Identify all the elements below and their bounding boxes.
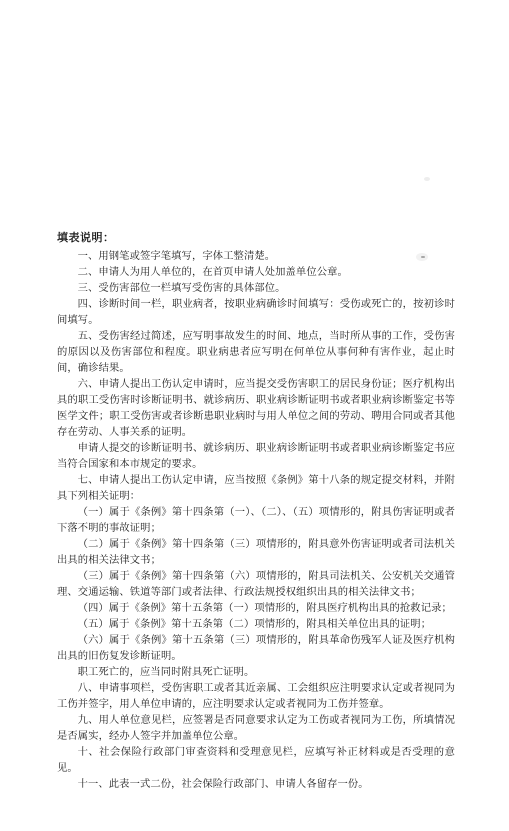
scanned-document-page: 填表说明： 一、用钢笔或签字笔填写，字体工整清楚。二、申请人为用人单位的，在首页… [0, 0, 509, 831]
paragraph: （四）属于《条例》第十五条第（一）项情形的，附具医疗机构出具的抢救记录； [57, 601, 455, 617]
paragraph: 十一、此表一式二份，社会保险行政部门、申请人各留存一份。 [57, 777, 455, 793]
paragraph: 一、用钢笔或签字笔填写，字体工整清楚。 [57, 249, 455, 265]
paragraph: 五、受伤害经过简述，应写明事故发生的时间、地点，当时所从事的工作，受伤害的原因以… [57, 329, 455, 377]
paragraph-list: 一、用钢笔或签字笔填写，字体工整清楚。二、申请人为用人单位的，在首页申请人处加盖… [57, 249, 455, 793]
paragraph: （一）属于《条例》第十四条第（一）、（二）、（五）项情形的，附具伤害证明或者下落… [57, 505, 455, 537]
paragraph: 职工死亡的，应当同时附具死亡证明。 [57, 665, 455, 681]
paragraph: 四、诊断时间一栏，职业病者，按职业病确诊时间填写：受伤或死亡的，按初诊时间填写。 [57, 297, 455, 329]
instructions-document: 填表说明： 一、用钢笔或签字笔填写，字体工整清楚。二、申请人为用人单位的，在首页… [57, 230, 455, 793]
paragraph: 二、申请人为用人单位的，在首页申请人处加盖单位公章。 [57, 265, 455, 281]
paragraph: 六、申请人提出工伤认定申请时，应当提交受伤害职工的居民身份证；医疗机构出具的职工… [57, 377, 455, 441]
paragraph: 九、用人单位意见栏，应签署是否同意要求认定为工伤或者视同为工伤，所填情况是否属实… [57, 713, 455, 745]
paragraph: （六）属于《条例》第十五条第（三）项情形的，附具革命伤残军人证及医疗机构出具的旧… [57, 633, 455, 665]
document-title: 填表说明： [57, 230, 455, 246]
paragraph: （三）属于《条例》第十四条第（六）项情形的，附具司法机关、公安机关交通管理、交通… [57, 569, 455, 601]
paragraph: （二）属于《条例》第十四条第（三）项情形的，附具意外伤害证明或者司法机关出具的相… [57, 537, 455, 569]
paragraph: （五）属于《条例》第十五条第（二）项情形的，附具相关单位出具的证明； [57, 617, 455, 633]
paragraph: 八、申请事项栏，受伤害职工或者其近亲属、工会组织应注明要求认定或者视同为工伤并签… [57, 681, 455, 713]
paragraph: 七、申请人提出工伤认定申请，应当按照《条例》第十八条的规定提交材料，并附具下列相… [57, 473, 455, 505]
paragraph: 申请人提交的诊断证明书、就诊病历、职业病诊断证明书或者职业病诊断鉴定书应当符合国… [57, 441, 455, 473]
scan-speck [424, 177, 430, 181]
paragraph: 三、受伤害部位一栏填写受伤害的具体部位。 [57, 281, 455, 297]
paragraph: 十、社会保险行政部门审查资料和受理意见栏，应填写补正材料或是否受理的意见。 [57, 745, 455, 777]
